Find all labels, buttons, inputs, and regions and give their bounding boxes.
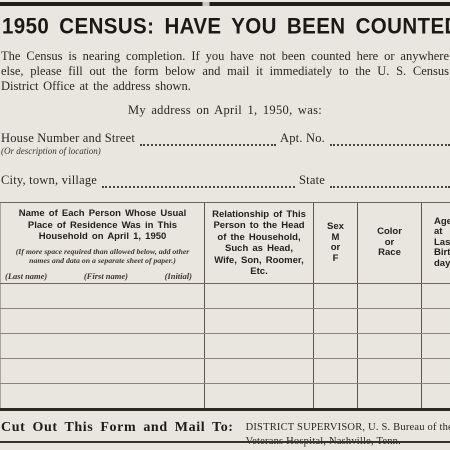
census-form-clipping: 1950 CENSUS: HAVE YOU BEEN COUNTED? The … <box>0 0 450 450</box>
relationship-header-text: Relationship of This Person to the Head … <box>205 209 313 278</box>
name-cell <box>1 359 205 384</box>
household-roster-table: Name of Each Person Whose Usual Place of… <box>0 202 450 411</box>
bottom-rule <box>0 441 450 443</box>
relationship-cell <box>205 309 314 334</box>
mail-to-line1: DISTRICT SUPERVISOR, U. S. Bureau of the… <box>246 421 450 435</box>
col-header-relationship: Relationship of This Person to the Head … <box>205 203 314 284</box>
table-empty-row <box>1 284 450 309</box>
newspaper-clipping-page: { "masthead": { "title": "1950 CENSUS: H… <box>0 0 450 450</box>
age-line: day <box>434 259 450 270</box>
sex-line: F <box>333 254 339 265</box>
age-cell <box>422 359 450 384</box>
age-cell <box>422 309 450 334</box>
sex-cell <box>314 359 358 384</box>
color-line: Race <box>378 248 401 259</box>
sex-cell <box>314 384 358 410</box>
sex-line: or <box>331 243 341 254</box>
color-race-cell <box>358 359 422 384</box>
apt-fill-in-line <box>330 134 450 146</box>
city-field-row: City, town, village State <box>1 173 450 188</box>
apt-label: Apt. No. <box>276 131 330 146</box>
color-race-cell <box>358 334 422 359</box>
first-name-sublabel: (First name) <box>84 271 128 281</box>
name-cell <box>1 334 205 359</box>
street-field-row: House Number and Street Apt. No. <box>1 131 450 146</box>
relationship-cell <box>205 359 314 384</box>
sex-header-text: Sex M or F <box>314 222 357 264</box>
sex-cell <box>314 334 358 359</box>
col-header-name: Name of Each Person Whose Usual Place of… <box>1 203 205 284</box>
color-race-cell <box>358 309 422 334</box>
state-label: State <box>295 173 330 188</box>
city-label: City, town, village <box>1 173 102 188</box>
city-fill-in-line <box>102 176 295 188</box>
state-fill-in-line <box>330 176 450 188</box>
street-note: (Or description of location) <box>1 146 450 156</box>
col-header-sex: Sex M or F <box>314 203 358 284</box>
address-prompt: My address on April 1, 1950, was: <box>0 103 450 118</box>
initial-sublabel: (Initial) <box>165 271 192 281</box>
col-header-age: Age at Last Birth- day <box>422 203 450 284</box>
top-rule <box>0 2 450 6</box>
name-cell <box>1 284 205 309</box>
mailing-instructions: Cut Out This Form and Mail To: DISTRICT … <box>1 420 450 449</box>
age-cell <box>422 334 450 359</box>
mail-to-address: DISTRICT SUPERVISOR, U. S. Bureau of the… <box>246 420 450 449</box>
masthead-title: 1950 CENSUS: HAVE YOU BEEN COUNTED? <box>2 14 448 40</box>
age-header-text: Age at Last Birth- day <box>422 217 450 270</box>
relationship-cell <box>205 384 314 410</box>
table-empty-row <box>1 359 450 384</box>
name-header-note: (If more space required than allowed bel… <box>1 247 204 265</box>
table-header-row: Name of Each Person Whose Usual Place of… <box>1 203 450 284</box>
table-empty-row <box>1 384 450 410</box>
name-header-text: Name of Each Person Whose Usual Place of… <box>1 203 204 243</box>
cut-out-label: Cut Out This Form and Mail To: <box>1 420 234 436</box>
sex-line: Sex <box>327 222 344 233</box>
table-body <box>1 284 450 410</box>
color-race-cell <box>358 284 422 309</box>
intro-paragraph: The Census is nearing completion. If you… <box>1 49 449 94</box>
name-cell <box>1 309 205 334</box>
color-race-header-text: Color or Race <box>358 227 421 259</box>
age-cell <box>422 384 450 410</box>
age-cell <box>422 284 450 309</box>
sex-cell <box>314 309 358 334</box>
street-fill-in-line <box>140 134 276 146</box>
name-cell <box>1 384 205 410</box>
last-name-sublabel: (Last name) <box>5 271 47 281</box>
col-header-color-race: Color or Race <box>358 203 422 284</box>
street-label: House Number and Street <box>1 131 140 146</box>
table-empty-row <box>1 309 450 334</box>
table-empty-row <box>1 334 450 359</box>
color-race-cell <box>358 384 422 410</box>
name-sublabels: (Last name) (First name) (Initial) <box>1 265 204 283</box>
sex-cell <box>314 284 358 309</box>
relationship-cell <box>205 334 314 359</box>
relationship-cell <box>205 284 314 309</box>
